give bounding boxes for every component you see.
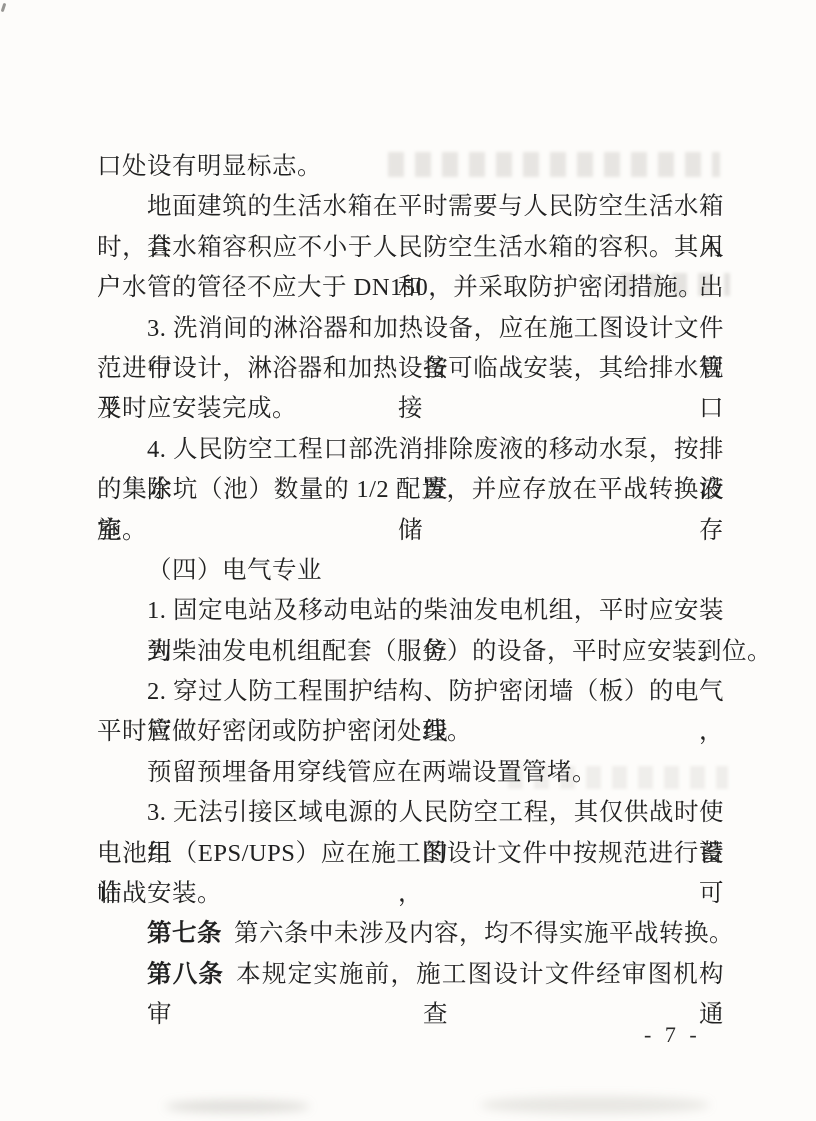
text-segment: 预留预埋备用穿线管应在两端设置管堵。 [147, 759, 597, 786]
text-segment: 为柴油发电机组配套（服务）的设备，平时应安装到位。 [147, 638, 772, 665]
text-line: 2. 穿过人防工程围护结构、防护密闭墙（板）的电气管线， [97, 672, 724, 712]
text-segment: 临战安装。 [97, 880, 222, 907]
text-segment: 室。 [97, 517, 147, 544]
article-clause-line: 第八条本规定实施前，施工图设计文件经审图机构审查通 [97, 955, 724, 995]
text-line: 3. 洗消间的淋浴器和加热设备，应在施工图设计文件中按规 [97, 309, 724, 349]
text-segment: 口处设有明显标志。 [97, 153, 322, 180]
text-segment: 户水管的管径不应大于 DN150，并采取防护密闭措施。 [97, 274, 703, 301]
text-segment: 的集水坑（池）数量的 1/2 配置，并应存放在平战转换设施储存 [97, 476, 724, 543]
text-segment: （四）电气专业 [147, 557, 322, 584]
section-heading: （四）电气专业 [97, 551, 724, 591]
document-text-block: 口处设有明显标志。地面建筑的生活水箱在平时需要与人民防空生活水箱合用时，其水箱容… [97, 147, 724, 995]
text-line: 4. 人民防空工程口部洗消排除废液的移动水泵，按排除废液 [97, 430, 724, 470]
text-line: 地面建筑的生活水箱在平时需要与人民防空生活水箱合用 [97, 187, 724, 227]
text-line: 时，其水箱容积应不小于人民防空生活水箱的容积。其入户和出 [97, 228, 724, 268]
article-number-label: 第七条 [147, 920, 222, 947]
document-page: 口处设有明显标志。地面建筑的生活水箱在平时需要与人民防空生活水箱合用时，其水箱容… [0, 0, 816, 1121]
text-segment: 平时应安装完成。 [97, 395, 297, 422]
text-line: 预留预埋备用穿线管应在两端设置管堵。 [97, 753, 724, 793]
text-line: 为柴油发电机组配套（服务）的设备，平时应安装到位。 [97, 632, 724, 672]
text-segment: 本规定实施前，施工图设计文件经审图机构审查通 [147, 961, 724, 1028]
text-line: 1. 固定电站及移动电站的柴油发电机组，平时应安装到位。 [97, 591, 724, 631]
article-clause-line: 第七条第六条中未涉及内容，均不得实施平战转换。 [97, 914, 724, 954]
text-line: 户水管的管径不应大于 DN150，并采取防护密闭措施。 [97, 268, 724, 308]
text-segment: 第六条中未涉及内容，均不得实施平战转换。 [234, 920, 734, 947]
text-line: 口处设有明显标志。 [97, 147, 724, 187]
text-line: 范进行设计，淋浴器和加热设备可临战安装，其给排水管及接口 [97, 349, 724, 389]
text-segment: 平时应做好密闭或防护密闭处理。 [97, 718, 472, 745]
text-line: 电池组（EPS/UPS）应在施工图设计文件中按规范进行设计，可 [97, 834, 724, 874]
scan-smudge [480, 1096, 710, 1114]
scan-smudge [165, 1100, 310, 1113]
page-number: - 7 - [644, 1022, 701, 1048]
article-number-label: 第八条 [147, 961, 224, 988]
text-line: 3. 无法引接区域电源的人民防空工程，其仅供战时使用的蓄 [97, 793, 724, 833]
text-line: 的集水坑（池）数量的 1/2 配置，并应存放在平战转换设施储存 [97, 470, 724, 510]
scan-speck [1, 3, 7, 12]
